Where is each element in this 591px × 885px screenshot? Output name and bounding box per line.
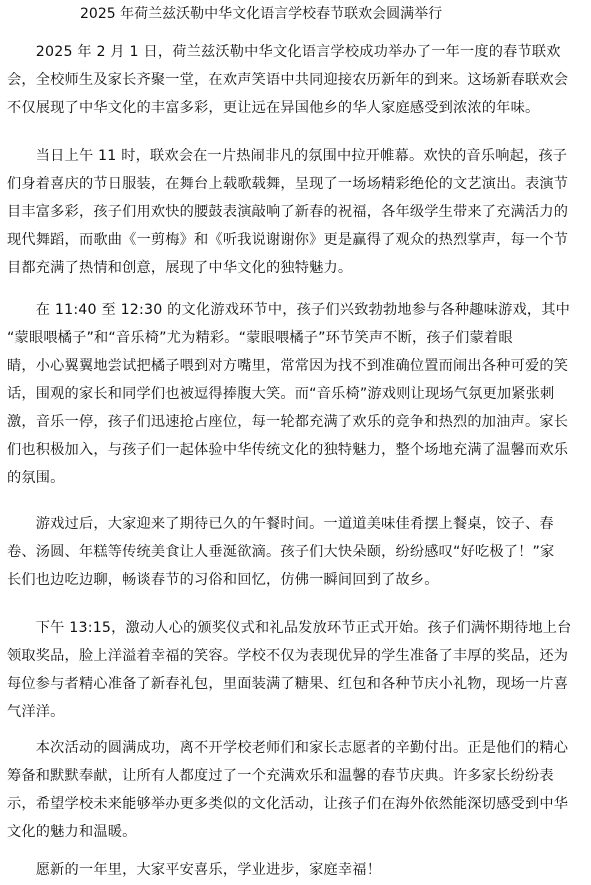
text-line: 目都充满了热情和创意，展现了中华文化的独特魅力。: [7, 254, 585, 282]
text-line: 话，围观的家长和同学们也被逗得捧腹大笑。而“音乐椅”游戏则让现场气氛更加紧张刺: [7, 380, 585, 408]
text-line: 2025 年 2 月 1 日，荷兰兹沃勒中华文化语言学校成功举办了一年一度的春节…: [7, 38, 585, 66]
text-line: 每位参与者精心准备了新春礼包，里面装满了糖果、红包和各种节庆小礼物，现场一片喜: [7, 670, 585, 698]
paragraph-thanks: 本次活动的圆满成功，离不开学校老师们和家长志愿者的辛勤付出。正是他们的精心 筹备…: [7, 734, 585, 846]
paragraph-intro: 2025 年 2 月 1 日，荷兰兹沃勒中华文化语言学校成功举办了一年一度的春节…: [7, 38, 585, 122]
text-line: 睛，小心翼翼地尝试把橘子喂到对方嘴里，常常因为找不到准确位置而闹出各种可爱的笑: [7, 352, 585, 380]
text-line: 现代舞蹈，而歌曲《一剪梅》和《听我说谢谢你》更是赢得了观众的热烈掌声，每一个节: [7, 226, 585, 254]
text-line: 本次活动的圆满成功，离不开学校老师们和家长志愿者的辛勤付出。正是他们的精心: [7, 734, 585, 762]
text-line: “蒙眼喂橘子”和“音乐椅”尤为精彩。“蒙眼喂橘子”环节笑声不断，孩子们蒙着眼: [7, 324, 585, 352]
text-line: 在 11:40 至 12:30 的文化游戏环节中，孩子们兴致勃勃地参与各种趣味游…: [7, 296, 585, 324]
text-line: 会，全校师生及家长齐聚一堂，在欢声笑语中共同迎接农历新年的到来。这场新春联欢会: [7, 66, 585, 94]
text-line: 激，音乐一停，孩子们迅速抢占座位，每一轮都充满了欢乐的竞争和热烈的加油声。家长: [7, 408, 585, 436]
text-line: 领取奖品，脸上洋溢着幸福的笑容。学校不仅为表现优异的学生准备了丰厚的奖品，还为: [7, 642, 585, 670]
text-line: 文化的魅力和温暖。: [7, 818, 585, 846]
paragraph-closing: 愿新的一年里，大家平安喜乐，学业进步，家庭幸福！: [7, 856, 585, 884]
paragraph-lunch: 游戏过后，大家迎来了期待已久的午餐时间。一道道美味佳肴摆上餐桌，饺子、春 卷、汤…: [7, 510, 585, 594]
text-line: 们也积极加入，与孩子们一起体验中华传统文化的独特魅力，整个场地充满了温馨而欢乐: [7, 436, 585, 464]
text-line: 们身着喜庆的节日服装，在舞台上载歌载舞，呈现了一场场精彩绝伦的文艺演出。表演节: [7, 170, 585, 198]
text-line: 游戏过后，大家迎来了期待已久的午餐时间。一道道美味佳肴摆上餐桌，饺子、春: [7, 510, 585, 538]
text-line: 目丰富多彩，孩子们用欢快的腰鼓表演敲响了新春的祝福，各年级学生带来了充满活力的: [7, 198, 585, 226]
text-line: 下午 13:15，激动人心的颁奖仪式和礼品发放环节正式开始。孩子们满怀期待地上台: [7, 614, 585, 642]
text-line: 筹备和默默奉献，让所有人都度过了一个充满欢乐和温馨的春节庆典。许多家长纷纷表: [7, 762, 585, 790]
paragraph-opening: 当日上午 11 时，联欢会在一片热闹非凡的氛围中拉开帷幕。欢快的音乐响起，孩子 …: [7, 142, 585, 282]
document-title: 2025 年荷兰兹沃勒中华文化语言学校春节联欢会圆满举行: [80, 4, 442, 24]
text-line: 不仅展现了中华文化的丰富多彩，更让远在异国他乡的华人家庭感受到浓浓的年味。: [7, 94, 585, 122]
text-line: 气洋洋。: [7, 698, 585, 726]
text-line: 的氛围。: [7, 464, 585, 492]
text-line: 长们也边吃边聊，畅谈春节的习俗和回忆，仿佛一瞬间回到了故乡。: [7, 566, 585, 594]
text-line: 愿新的一年里，大家平安喜乐，学业进步，家庭幸福！: [7, 856, 585, 884]
paragraph-awards: 下午 13:15，激动人心的颁奖仪式和礼品发放环节正式开始。孩子们满怀期待地上台…: [7, 614, 585, 726]
text-line: 卷、汤圆、年糕等传统美食让人垂涎欲滴。孩子们大快朵颐，纷纷感叹“好吃极了！”家: [7, 538, 585, 566]
text-line: 当日上午 11 时，联欢会在一片热闹非凡的氛围中拉开帷幕。欢快的音乐响起，孩子: [7, 142, 585, 170]
text-line: 示，希望学校未来能够举办更多类似的文化活动，让孩子们在海外依然能深切感受到中华: [7, 790, 585, 818]
paragraph-games: 在 11:40 至 12:30 的文化游戏环节中，孩子们兴致勃勃地参与各种趣味游…: [7, 296, 585, 492]
